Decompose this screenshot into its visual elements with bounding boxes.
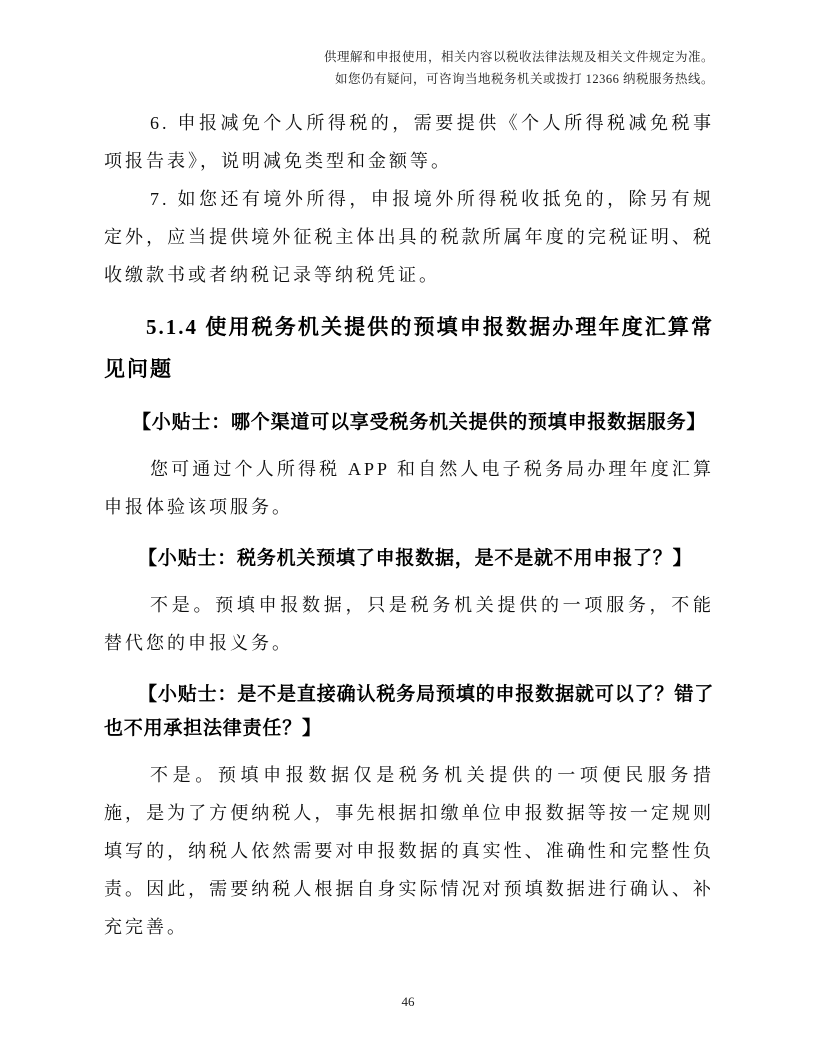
section-heading-5-1-4: 5.1.4 使用税务机关提供的预填申报数据办理年度汇算常见问题: [104, 306, 714, 390]
tip-body-prefilled-no-filing: 不是。预填申报数据，只是税务机关提供的一项服务，不能替代您的申报义务。: [104, 586, 714, 662]
document-page: 供理解和申报使用，相关内容以税收法律法规及相关文件规定为准。 如您仍有疑问，可咨…: [0, 0, 816, 1056]
header-disclaimer-line2: 如您仍有疑问，可咨询当地税务机关或拨打 12366 纳税服务热线。: [104, 68, 714, 90]
tip-body-confirm-liability: 不是。预填申报数据仅是税务机关提供的一项便民服务措施，是为了方便纳税人，事先根据…: [104, 756, 714, 946]
tip-title-confirm-liability: 【小贴士：是不是直接确认税务局预填的申报数据就可以了？错了也不用承担法律责任？】: [104, 678, 714, 746]
page-content: 供理解和申报使用，相关内容以税收法律法规及相关文件规定为准。 如您仍有疑问，可咨…: [0, 0, 816, 1056]
header-disclaimer: 供理解和申报使用，相关内容以税收法律法规及相关文件规定为准。 如您仍有疑问，可咨…: [104, 46, 714, 90]
page-number: 46: [0, 994, 816, 1010]
tip-title-prefill-channels: 【小贴士：哪个渠道可以享受税务机关提供的预填申报数据服务】: [104, 406, 714, 440]
tip-title-prefilled-no-filing: 【小贴士：税务机关预填了申报数据，是不是就不用申报了？】: [104, 542, 714, 576]
tip-body-prefill-channels: 您可通过个人所得税 APP 和自然人电子税务局办理年度汇算申报体验该项服务。: [104, 450, 714, 526]
paragraph-item-6: 6. 申报减免个人所得税的，需要提供《个人所得税减免税事项报告表》，说明减免类型…: [104, 104, 714, 180]
header-disclaimer-line1: 供理解和申报使用，相关内容以税收法律法规及相关文件规定为准。: [104, 46, 714, 68]
paragraph-item-7: 7. 如您还有境外所得，申报境外所得税收抵免的，除另有规定外，应当提供境外征税主…: [104, 180, 714, 294]
